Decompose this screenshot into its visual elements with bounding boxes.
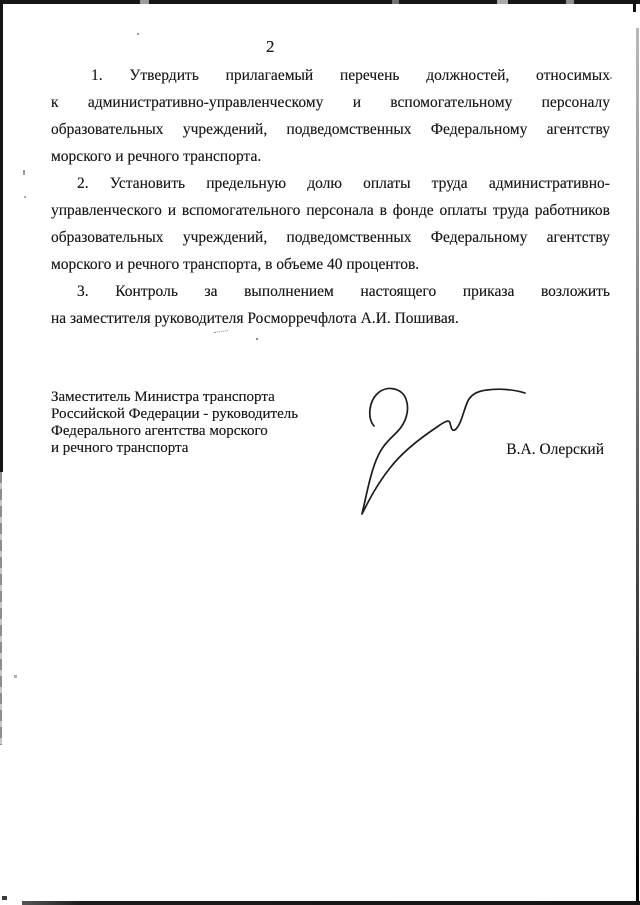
word: работников	[535, 197, 610, 224]
word: образовательных	[51, 116, 164, 143]
word: подведомственных	[286, 224, 411, 251]
scan-edge-left-fade	[0, 472, 2, 745]
scanned-document-page: { "page": { "number": "2" }, "document":…	[0, 0, 640, 905]
word: Установить	[110, 170, 185, 197]
scan-speck	[2, 896, 7, 900]
scan-speck	[23, 170, 25, 175]
word: административно-управленческому	[88, 89, 324, 116]
word: долю	[307, 170, 342, 197]
word: 1.	[91, 62, 103, 89]
word: управленческого	[51, 197, 162, 224]
scan-edge-right	[636, 28, 639, 905]
word: предельную	[206, 170, 286, 197]
word: прилагаемый	[226, 62, 314, 89]
word: персонала	[306, 197, 373, 224]
text-line: на заместителя руководителя Росморречфло…	[51, 305, 610, 332]
scan-speck	[24, 196, 26, 198]
text-line: 3.Контрользавыполнениемнастоящегоприказа…	[51, 278, 610, 305]
signature-title-block: Заместитель Министра транспортаРоссийско…	[51, 389, 351, 457]
word: образовательных	[51, 224, 164, 251]
word: подведомственных	[286, 116, 411, 143]
word: учреждений,	[183, 224, 267, 251]
word: относимых	[536, 62, 610, 89]
word: Федеральному	[431, 224, 528, 251]
word: и	[353, 89, 361, 116]
signature-title-line: Российской Федерации - руководитель	[51, 406, 351, 423]
word: труда	[432, 170, 468, 197]
word: Федеральному	[431, 116, 528, 143]
text-line: морского и речного транспорта.	[51, 143, 610, 170]
text-line: морского и речного транспорта, в объеме …	[51, 251, 610, 278]
paragraph-item-3: 3.Контрользавыполнениемнастоящегоприказа…	[51, 278, 610, 332]
scan-speck	[14, 675, 17, 678]
word: перечень	[340, 62, 399, 89]
text-line: управленческогоивспомогательногоперсонал…	[51, 197, 610, 224]
word: настоящего	[360, 278, 436, 305]
word: за	[205, 278, 218, 305]
scan-speck	[256, 338, 258, 340]
text-line: 1.Утвердитьприлагаемыйпереченьдолжностей…	[51, 62, 610, 89]
word: возложить	[541, 278, 610, 305]
signature-title-line: и речного транспорта	[51, 440, 351, 457]
word: и	[168, 197, 176, 224]
word: учреждений,	[183, 116, 267, 143]
word: персоналу	[542, 89, 610, 116]
word: выполнением	[244, 278, 334, 305]
paragraph-item-1: 1.Утвердитьприлагаемыйпереченьдолжностей…	[51, 62, 610, 170]
text-line: образовательныхучреждений,подведомственн…	[51, 116, 610, 143]
signer-name: В.А. Олерский	[506, 441, 604, 459]
word: агентству	[547, 116, 610, 143]
scan-edge-bottom	[22, 901, 640, 905]
handwritten-signature	[345, 378, 530, 523]
word: должностей,	[426, 62, 509, 89]
word: к	[51, 89, 59, 116]
scan-speck	[610, 77, 612, 79]
word: труда	[493, 197, 529, 224]
scan-edge-top	[0, 0, 640, 4]
word: Контроль	[115, 278, 178, 305]
scan-edge-left	[0, 0, 3, 472]
document-body: 1.Утвердитьприлагаемыйпереченьдолжностей…	[51, 62, 610, 332]
word: административно-	[489, 170, 610, 197]
scan-speck	[137, 33, 139, 35]
word: в	[380, 197, 387, 224]
page-number: 2	[266, 37, 275, 57]
text-line: кадминистративно-управленческомуивспомог…	[51, 89, 610, 116]
text-line: образовательныхучреждений,подведомственн…	[51, 224, 610, 251]
signature-title-line: Заместитель Министра транспорта	[51, 389, 351, 406]
scan-edge-right-tick	[633, 0, 636, 12]
word: оплаты	[363, 170, 410, 197]
word: приказа	[463, 278, 515, 305]
text-line: 2.Установитьпредельнуюдолюоплатытрудаадм…	[51, 170, 610, 197]
word: вспомогательного	[182, 197, 300, 224]
word: 3.	[77, 278, 89, 305]
word: оплаты	[439, 197, 486, 224]
signature-title-line: Федерального агентства морского	[51, 423, 351, 440]
word: Утвердить	[129, 62, 198, 89]
scan-speck	[214, 330, 228, 336]
word: 2.	[77, 170, 89, 197]
word: вспомогательному	[390, 89, 512, 116]
paragraph-item-2: 2.Установитьпредельнуюдолюоплатытрудаадм…	[51, 170, 610, 278]
word: фонде	[393, 197, 434, 224]
word: агентству	[547, 224, 610, 251]
